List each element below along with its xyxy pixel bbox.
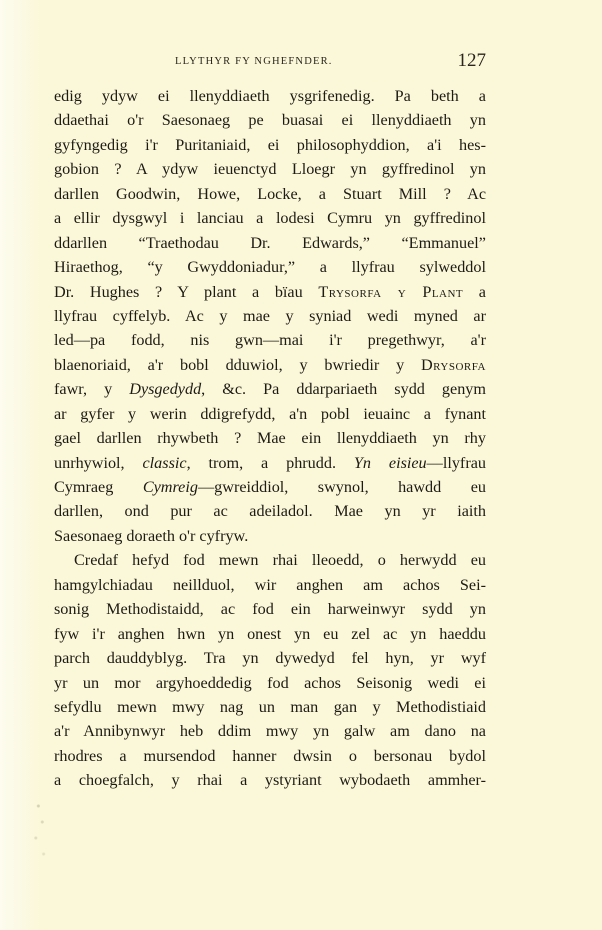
text-line: Cymraeg Cymreig—gwreiddiol, swynol, hawd… (54, 475, 486, 499)
text-line: hamgylchiadau neillduol, wir anghen am a… (54, 573, 486, 597)
margin-smudge (28, 790, 54, 870)
text-line: ar gyfer y werin ddigrefydd, a'n pobl ie… (54, 402, 486, 426)
text-line: gobion ? A ydyw ieuenctyd Lloegr yn gyff… (54, 157, 486, 181)
text-line: llyfrau cyffelyb. Ac y mae y syniad wedi… (54, 304, 486, 328)
page-number: 127 (458, 50, 487, 72)
italic-text: Cymreig (143, 478, 198, 496)
text-line: edig ydyw ei llenyddiaeth ysgrifenedig. … (54, 84, 486, 108)
text-line: a choegfalch, y rhai a ystyriant wybodae… (54, 768, 486, 792)
running-title: LLYTHYR FY NGHEFNDER. (175, 56, 333, 67)
text-segment: —gwreiddiol, swynol, hawdd eu (198, 478, 486, 496)
text-line: darllen, ond pur ac adeiladol. Mae yn yr… (54, 499, 486, 523)
text-segment: —llyfrau (427, 454, 486, 472)
text-line: a ellir dysgwyl i lanciau a lodesi Cymru… (54, 206, 486, 230)
text-line: Dr. Hughes ? Y plant a bïau Trysorfa y P… (54, 280, 486, 304)
text-line: Saesonaeg doraeth o'r cyfryw. (54, 524, 486, 548)
italic-text: Dysgedydd (129, 380, 201, 398)
text-segment: blaenoriaid, a'r bobl dduwiol, y bwriedi… (54, 356, 421, 374)
text-segment: unrhywiol, (54, 454, 143, 472)
text-line: ddarllen “Traethodau Dr. Edwards,” “Emma… (54, 231, 486, 255)
running-head: LLYTHYR FY NGHEFNDER. 127 (150, 50, 486, 72)
text-line: sonig Methodistaidd, ac fod ein harweinw… (54, 597, 486, 621)
small-caps-title: Trysorfa y Plant (318, 283, 463, 301)
text-segment: fawr, y (54, 380, 129, 398)
text-line: blaenoriaid, a'r bobl dduwiol, y bwriedi… (54, 353, 486, 377)
text-line: Credaf hefyd fod mewn rhai lleoedd, o he… (54, 548, 486, 572)
text-segment: Cymraeg (54, 478, 143, 496)
text-line: a'r Annibynwyr heb ddim mwy yn galw am d… (54, 719, 486, 743)
text-segment: Dr. Hughes ? Y plant a bïau (54, 283, 318, 301)
text-line: Hiraethog, “y Gwyddoniadur,” a llyfrau s… (54, 255, 486, 279)
text-line: rhodres a mursendod hanner dwsin o berso… (54, 744, 486, 768)
text-line: fawr, y Dysgedydd, &c. Pa ddarpariaeth s… (54, 377, 486, 401)
text-segment: , trom, a phrudd. (187, 454, 354, 472)
body-text: edig ydyw ei llenyddiaeth ysgrifenedig. … (54, 84, 486, 793)
text-line: unrhywiol, classic, trom, a phrudd. Yn e… (54, 451, 486, 475)
text-line: gyfyngedig i'r Puritaniaid, ei philosoph… (54, 133, 486, 157)
text-segment: , &c. Pa ddarpariaeth sydd genym (201, 380, 486, 398)
text-line: yr un mor argyhoeddedig fod achos Seison… (54, 671, 486, 695)
text-line: fyw i'r anghen hwn yn onest yn eu zel ac… (54, 622, 486, 646)
text-line: ddaethai o'r Saesonaeg pe buasai ei llen… (54, 108, 486, 132)
text-line: darllen Goodwin, Howe, Locke, a Stuart M… (54, 182, 486, 206)
text-line: sefydlu mewn mwy nag un man gan y Method… (54, 695, 486, 719)
text-segment: a (463, 283, 486, 301)
italic-text: classic (143, 454, 187, 472)
small-caps-title: Drysorfa (421, 356, 486, 374)
text-line: led—pa fodd, nis gwn—mai i'r pregethwyr,… (54, 328, 486, 352)
italic-text: Yn eisieu (354, 454, 427, 472)
text-line: gael darllen rhywbeth ? Mae ein llenyddi… (54, 426, 486, 450)
text-line: parch dauddyblyg. Tra yn dywedyd fel hyn… (54, 646, 486, 670)
